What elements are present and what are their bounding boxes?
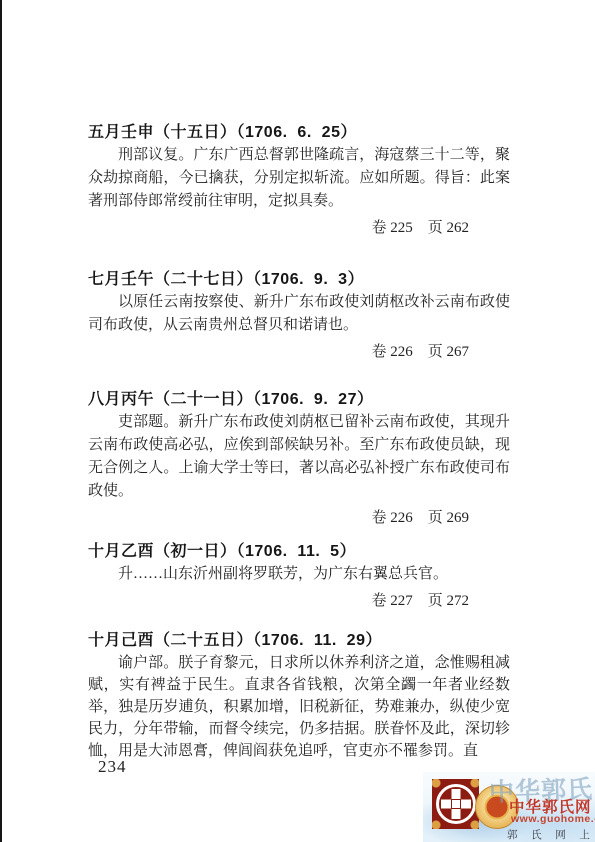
entry-body: 以原任云南按察使、新升广东布政使刘荫枢改补云南布政使司布政使，从云南贵州总督贝和… bbox=[88, 291, 510, 337]
record-entry: 八月丙午（二十一日）（1706. 9. 27） 吏部题。新升广东布政使刘荫枢已留… bbox=[88, 388, 510, 530]
seal-center-icon bbox=[451, 799, 461, 809]
record-entry: 七月壬午（二十七日）（1706. 9. 3） 以原任云南按察使、新升广东布政使刘… bbox=[88, 268, 510, 364]
page-number: 234 bbox=[98, 757, 127, 777]
record-entry: 五月壬申（十五日）（1706. 6. 25） 刑部议复。广东广西总督郭世隆疏言，… bbox=[88, 121, 510, 240]
entry-volume-page-ref: 卷 226 页 269 bbox=[88, 507, 510, 530]
seal-ring-icon bbox=[436, 784, 476, 824]
page-content: 五月壬申（十五日）（1706. 6. 25） 刑部议复。广东广西总督郭世隆疏言，… bbox=[88, 121, 510, 762]
clan-seal-logo bbox=[432, 779, 479, 829]
entry-volume-page-ref: 卷 226 页 267 bbox=[88, 341, 510, 364]
entry-heading: 八月丙午（二十一日）（1706. 9. 27） bbox=[88, 388, 510, 411]
record-entry: 十月己酉（二十五日）（1706. 11. 29） 谕户部。朕子育黎元，日求所以休… bbox=[88, 629, 510, 762]
entry-heading: 五月壬申（十五日）（1706. 6. 25） bbox=[88, 121, 510, 144]
entry-body: 谕户部。朕子育黎元，日求所以休养利济之道，念惟赐租减赋，实有裨益于民生。直隶各省… bbox=[88, 652, 510, 762]
record-entry: 十月乙酉（初一日）（1706. 11. 5） 升……山东沂州副将罗联芳，为广东右… bbox=[88, 540, 510, 613]
entry-heading: 十月乙酉（初一日）（1706. 11. 5） bbox=[88, 540, 510, 563]
watermark-tagline: 郭 氏 网 上 家 园 bbox=[507, 827, 595, 842]
entry-heading: 十月己酉（二十五日）（1706. 11. 29） bbox=[88, 629, 510, 652]
entry-volume-page-ref: 卷 227 页 272 bbox=[88, 590, 510, 613]
site-watermark: 中华郭氏网 中华郭氏网 www.guohome.org 郭 氏 网 上 家 园 bbox=[423, 772, 595, 842]
scanned-document-page: 五月壬申（十五日）（1706. 6. 25） 刑部议复。广东广西总督郭世隆疏言，… bbox=[0, 0, 595, 842]
entry-body: 刑部议复。广东广西总督郭世隆疏言，海寇蔡三十二等，聚众劫掠商船，今已擒获，分别定… bbox=[88, 144, 510, 213]
entry-heading: 七月壬午（二十七日）（1706. 9. 3） bbox=[88, 268, 510, 291]
watermark-url: www.guohome.org bbox=[511, 813, 595, 825]
entry-volume-page-ref: 卷 225 页 262 bbox=[88, 217, 510, 240]
scan-edge-artifact bbox=[0, 0, 2, 842]
entry-body: 升……山东沂州副将罗联芳，为广东右翼总兵官。 bbox=[88, 563, 510, 586]
entry-body: 吏部题。新升广东布政使刘荫枢已留补云南布政使，其现升云南布政使高必弘，应俟到部候… bbox=[88, 411, 510, 503]
